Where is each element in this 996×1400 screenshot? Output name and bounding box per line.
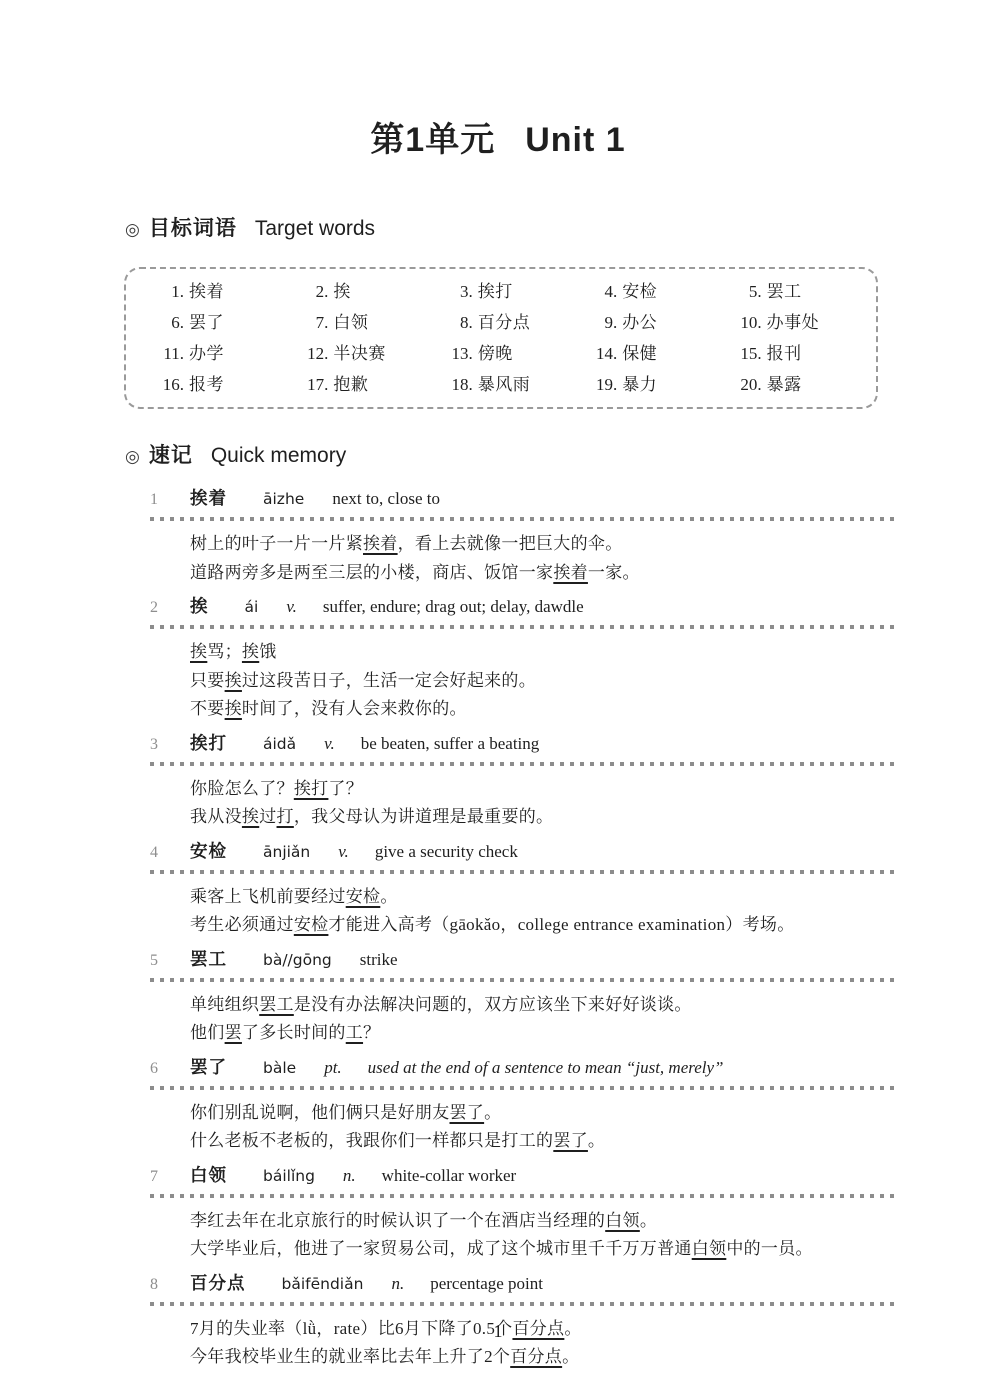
example-text: 中的一员。 (726, 1239, 813, 1258)
word-item-text: 办公 (622, 307, 657, 338)
word-item-number: 5. (732, 276, 762, 307)
target-words-heading-chinese: 目标词语 (149, 214, 237, 244)
word-item: 3.挨打 (429, 276, 573, 307)
entry-meaning: percentage point (430, 1272, 543, 1296)
entry-number: 1 (150, 488, 190, 512)
word-item-number: 7. (298, 307, 328, 338)
word-item-text: 保健 (622, 338, 657, 369)
example-line: 树上的叶子一片一片紧挨着，看上去就像一把巨大的伞。 (190, 530, 896, 559)
word-item: 7.白领 (284, 307, 428, 338)
word-item-number: 14. (587, 338, 617, 369)
word-item-number: 4. (587, 276, 617, 307)
entry-pinyin: ái (245, 595, 259, 619)
page-number: 1 (0, 1321, 996, 1342)
entry-meaning: suffer, endure; drag out; delay, dawdle (323, 595, 584, 619)
quick-memory-entries: 1挨着āizhenext to, close to树上的叶子一片一片紧挨着，看上… (150, 486, 896, 1372)
entry-word: 挨着 (190, 486, 227, 510)
word-item-number: 8. (443, 307, 473, 338)
word-item: 9.办公 (573, 307, 717, 338)
section-bullseye-icon: ◎ (125, 442, 140, 472)
entry-meaning: be beaten, suffer a beating (361, 732, 540, 756)
word-item-number: 10. (732, 307, 762, 338)
underlined-target-word: 挨 (190, 642, 207, 661)
example-text: 饿 (259, 642, 276, 661)
word-item-text: 挨 (333, 276, 351, 307)
example-text: 过 (259, 807, 276, 826)
word-item-text: 傍晚 (478, 338, 513, 369)
word-item: 13.傍晚 (429, 338, 573, 369)
example-text: 骂； (207, 642, 242, 661)
underlined-target-word: 挨着 (553, 563, 588, 582)
section-bullseye-icon: ◎ (125, 215, 140, 245)
example-text: 。 (380, 887, 397, 906)
entry-pinyin: áidǎ (263, 732, 296, 756)
example-text: 李红去年在北京旅行的时候认识了一个在酒店当经理的 (190, 1211, 605, 1230)
word-item: 16.报考 (140, 369, 284, 400)
example-line: 挨骂；挨饿 (190, 638, 896, 667)
example-text: 过这段苦日子，生活一定会好起来的。 (242, 671, 536, 690)
entry-part-of-speech: pt. (324, 1056, 341, 1080)
example-sentences: 乘客上飞机前要经过安检。考生必须通过安检才能进入高考（gāokǎo，colleg… (150, 883, 896, 940)
entry-word: 罢了 (190, 1055, 227, 1079)
example-text: 。 (484, 1103, 501, 1122)
example-sentences: 你们别乱说啊，他们俩只是好朋友罢了。什么老板不老板的，我跟你们一样都只是打工的罢… (150, 1099, 896, 1156)
word-item: 2.挨 (284, 276, 428, 307)
word-item: 1.挨着 (140, 276, 284, 307)
example-text: 大学毕业后，他进了一家贸易公司，成了这个城市里千千万万普通 (190, 1239, 692, 1258)
word-item-text: 办学 (189, 338, 224, 369)
word-item-text: 报考 (189, 369, 224, 400)
word-item: 19.暴力 (573, 369, 717, 400)
word-item-text: 安检 (622, 276, 657, 307)
word-item: 4.安检 (573, 276, 717, 307)
word-item-number: 16. (154, 369, 184, 400)
entry-number: 2 (150, 596, 190, 620)
dotted-divider (150, 625, 896, 629)
word-item-text: 罢了 (189, 307, 224, 338)
word-item-number: 15. (732, 338, 762, 369)
unit-title-english: Unit 1 (525, 121, 625, 159)
example-sentences: 树上的叶子一片一片紧挨着，看上去就像一把巨大的伞。道路两旁多是两至三层的小楼，商… (150, 530, 896, 587)
entry-part-of-speech: v. (338, 840, 349, 864)
example-text: 。 (562, 1347, 579, 1366)
example-text: 道路两旁多是两至三层的小楼，商店、饭馆一家 (190, 563, 553, 582)
vocab-entry-header: 3挨打áidǎv.be beaten, suffer a beating (150, 731, 896, 757)
example-text: 你们别乱说啊，他们俩只是好朋友 (190, 1103, 450, 1122)
example-line: 大学毕业后，他进了一家贸易公司，成了这个城市里千千万万普通白领中的一员。 (190, 1235, 896, 1264)
entry-meaning: used at the end of a sentence to mean “j… (368, 1056, 724, 1080)
example-sentences: 你脸怎么了？挨打了？我从没挨过打，我父母认为讲道理是最重要的。 (150, 775, 896, 832)
word-item-number: 2. (298, 276, 328, 307)
entry-word: 百分点 (190, 1271, 246, 1295)
word-item: 8.百分点 (429, 307, 573, 338)
example-text: 乘客上飞机前要经过 (190, 887, 346, 906)
example-text: 考生必须通过 (190, 915, 294, 934)
word-item-number: 12. (298, 338, 328, 369)
word-item-number: 17. (298, 369, 328, 400)
underlined-target-word: 罢了 (553, 1131, 588, 1150)
entry-pinyin: bà//gōng (263, 948, 332, 972)
example-text: 我从没 (190, 807, 242, 826)
dotted-divider (150, 1194, 896, 1198)
underlined-target-word: 安检 (294, 915, 329, 934)
example-sentences: 挨骂；挨饿只要挨过这段苦日子，生活一定会好起来的。不要挨时间了，没有人会来救你的… (150, 638, 896, 724)
entry-pinyin: báilǐng (263, 1164, 315, 1188)
underlined-target-word: 白领 (605, 1211, 640, 1230)
example-text: 单纯组织 (190, 995, 259, 1014)
target-words-heading-english: Target words (255, 214, 375, 244)
word-item-text: 罢工 (767, 276, 802, 307)
vocab-entry-header: 2挨áiv.suffer, endure; drag out; delay, d… (150, 594, 896, 620)
word-item-number: 1. (154, 276, 184, 307)
word-item: 18.暴风雨 (429, 369, 573, 400)
textbook-page: 第1单元Unit 1 ◎ 目标词语 Target words 1.挨着2.挨3.… (0, 0, 996, 1400)
example-sentences: 李红去年在北京旅行的时候认识了一个在酒店当经理的白领。大学毕业后，他进了一家贸易… (150, 1207, 896, 1264)
example-line: 你脸怎么了？挨打了？ (190, 775, 896, 804)
entry-part-of-speech: v. (324, 732, 335, 756)
example-text: 你脸怎么了？ (190, 779, 294, 798)
word-item: 17.抱歉 (284, 369, 428, 400)
entry-pinyin: āizhe (263, 487, 304, 511)
unit-title-chinese: 第1单元 (370, 121, 495, 159)
word-item-text: 百分点 (478, 307, 531, 338)
underlined-target-word: 罢了 (450, 1103, 485, 1122)
entry-meaning: white-collar worker (382, 1164, 517, 1188)
entry-word: 挨打 (190, 731, 227, 755)
entry-number: 5 (150, 949, 190, 973)
underlined-target-word: 挨 (225, 699, 242, 718)
entry-number: 8 (150, 1273, 190, 1297)
quick-memory-heading-chinese: 速记 (149, 441, 193, 471)
underlined-target-word: 挨着 (363, 534, 398, 553)
underlined-target-word: 工 (346, 1023, 363, 1042)
word-item-text: 白领 (333, 307, 368, 338)
word-item-number: 13. (443, 338, 473, 369)
target-words-heading: ◎ 目标词语 Target words (125, 214, 996, 245)
word-item-text: 暴露 (767, 369, 802, 400)
word-item-number: 3. (443, 276, 473, 307)
example-text: 时间了，没有人会来救你的。 (242, 699, 467, 718)
example-line: 乘客上飞机前要经过安检。 (190, 883, 896, 912)
example-text: 一家。 (588, 563, 640, 582)
example-line: 考生必须通过安检才能进入高考（gāokǎo，college entrance e… (190, 911, 896, 940)
example-text: 树上的叶子一片一片紧 (190, 534, 363, 553)
example-sentences: 单纯组织罢工是没有办法解决问题的，双方应该坐下来好好谈谈。他们罢了多长时间的工？ (150, 991, 896, 1048)
vocab-entry-header: 5罢工bà//gōngstrike (150, 947, 896, 973)
entry-meaning: give a security check (375, 840, 518, 864)
example-text: 今年我校毕业生的就业率比去年上升了2个 (190, 1347, 510, 1366)
entry-number: 4 (150, 841, 190, 865)
entry-number: 6 (150, 1057, 190, 1081)
vocab-entry: 5罢工bà//gōngstrike单纯组织罢工是没有办法解决问题的，双方应该坐下… (150, 947, 896, 1048)
word-item: 6.罢了 (140, 307, 284, 338)
entry-part-of-speech: n. (391, 1272, 404, 1296)
vocab-entry: 3挨打áidǎv.be beaten, suffer a beating你脸怎么… (150, 731, 896, 832)
vocab-entry: 2挨áiv.suffer, endure; drag out; delay, d… (150, 594, 896, 724)
word-item-text: 暴风雨 (478, 369, 531, 400)
dotted-divider (150, 1086, 896, 1090)
entry-number: 7 (150, 1165, 190, 1189)
example-line: 什么老板不老板的，我跟你们一样都只是打工的罢了。 (190, 1127, 896, 1156)
vocab-entry-header: 1挨着āizhenext to, close to (150, 486, 896, 512)
entry-word: 安检 (190, 839, 227, 863)
word-item-text: 抱歉 (333, 369, 368, 400)
underlined-target-word: 挨 (242, 807, 259, 826)
example-line: 道路两旁多是两至三层的小楼，商店、饭馆一家挨着一家。 (190, 559, 896, 588)
vocab-entry: 7白领báilǐngn.white-collar worker李红去年在北京旅行… (150, 1163, 896, 1264)
entry-word: 挨 (190, 594, 209, 618)
underlined-target-word: 罢 (225, 1023, 242, 1042)
example-text: 不要 (190, 699, 225, 718)
example-line: 单纯组织罢工是没有办法解决问题的，双方应该坐下来好好谈谈。 (190, 991, 896, 1020)
vocab-entry-header: 4安检ānjiǎnv.give a security check (150, 839, 896, 865)
word-item: 10.办事处 (718, 307, 862, 338)
example-line: 今年我校毕业生的就业率比去年上升了2个百分点。 (190, 1343, 896, 1372)
dotted-divider (150, 1302, 896, 1306)
vocab-entry-header: 7白领báilǐngn.white-collar worker (150, 1163, 896, 1189)
dotted-divider (150, 517, 896, 521)
word-item-number: 20. (732, 369, 762, 400)
example-text: 只要 (190, 671, 225, 690)
vocab-entry: 1挨着āizhenext to, close to树上的叶子一片一片紧挨着，看上… (150, 486, 896, 587)
underlined-target-word: 罢工 (259, 995, 294, 1014)
word-item-text: 暴力 (622, 369, 657, 400)
word-item-text: 挨着 (189, 276, 224, 307)
entry-meaning: next to, close to (332, 487, 440, 511)
entry-part-of-speech: v. (286, 595, 297, 619)
target-words-box: 1.挨着2.挨3.挨打4.安检5.罢工6.罢了7.白领8.百分点9.办公10.办… (124, 267, 878, 409)
underlined-target-word: 挨打 (294, 779, 329, 798)
example-line: 李红去年在北京旅行的时候认识了一个在酒店当经理的白领。 (190, 1207, 896, 1236)
word-item-number: 6. (154, 307, 184, 338)
page-title: 第1单元Unit 1 (0, 0, 996, 162)
word-item-text: 报刊 (767, 338, 802, 369)
entry-part-of-speech: n. (343, 1164, 356, 1188)
vocab-entry: 6罢了bàlept.used at the end of a sentence … (150, 1055, 896, 1156)
vocab-entry: 4安检ānjiǎnv.give a security check乘客上飞机前要经… (150, 839, 896, 940)
underlined-target-word: 百分点 (510, 1347, 562, 1366)
word-item-text: 办事处 (767, 307, 820, 338)
word-item-number: 11. (154, 338, 184, 369)
vocab-entry-header: 8百分点bǎifēndiǎnn.percentage point (150, 1271, 896, 1297)
underlined-target-word: 挨 (225, 671, 242, 690)
underlined-target-word: 安检 (346, 887, 381, 906)
quick-memory-heading-english: Quick memory (211, 441, 346, 471)
entry-pinyin: ānjiǎn (263, 840, 310, 864)
example-line: 不要挨时间了，没有人会来救你的。 (190, 695, 896, 724)
word-item: 5.罢工 (718, 276, 862, 307)
word-item-number: 9. (587, 307, 617, 338)
dotted-divider (150, 762, 896, 766)
word-item-number: 19. (587, 369, 617, 400)
entry-pinyin: bàle (263, 1056, 296, 1080)
example-text: 什么老板不老板的，我跟你们一样都只是打工的 (190, 1131, 553, 1150)
underlined-target-word: 挨 (242, 642, 259, 661)
entry-pinyin: bǎifēndiǎn (282, 1272, 364, 1296)
dotted-divider (150, 978, 896, 982)
entry-number: 3 (150, 733, 190, 757)
example-text: 。 (588, 1131, 605, 1150)
example-text: 。 (640, 1211, 657, 1230)
example-text: 了？ (328, 779, 363, 798)
example-line: 只要挨过这段苦日子，生活一定会好起来的。 (190, 667, 896, 696)
underlined-target-word: 白领 (692, 1239, 727, 1258)
word-item-text: 挨打 (478, 276, 513, 307)
example-text: 他们 (190, 1023, 225, 1042)
example-line: 他们罢了多长时间的工？ (190, 1019, 896, 1048)
vocab-entry-header: 6罢了bàlept.used at the end of a sentence … (150, 1055, 896, 1081)
word-item: 20.暴露 (718, 369, 862, 400)
example-text: ，看上去就像一把巨大的伞。 (398, 534, 623, 553)
word-item: 12.半决赛 (284, 338, 428, 369)
quick-memory-heading: ◎ 速记 Quick memory (125, 441, 996, 472)
word-item-text: 半决赛 (333, 338, 386, 369)
example-text: ？ (363, 1023, 380, 1042)
word-item: 11.办学 (140, 338, 284, 369)
word-item-number: 18. (443, 369, 473, 400)
underlined-target-word: 打 (277, 807, 294, 826)
example-line: 我从没挨过打，我父母认为讲道理是最重要的。 (190, 803, 896, 832)
example-text: 是没有办法解决问题的，双方应该坐下来好好谈谈。 (294, 995, 692, 1014)
entry-word: 罢工 (190, 947, 227, 971)
example-line: 你们别乱说啊，他们俩只是好朋友罢了。 (190, 1099, 896, 1128)
example-text: 了多长时间的 (242, 1023, 346, 1042)
dotted-divider (150, 870, 896, 874)
word-item: 15.报刊 (718, 338, 862, 369)
entry-word: 白领 (190, 1163, 227, 1187)
example-text: 才能进入高考（gāokǎo，college entrance examinati… (328, 915, 794, 934)
example-text: ，我父母认为讲道理是最重要的。 (294, 807, 554, 826)
entry-meaning: strike (360, 948, 398, 972)
word-item: 14.保健 (573, 338, 717, 369)
